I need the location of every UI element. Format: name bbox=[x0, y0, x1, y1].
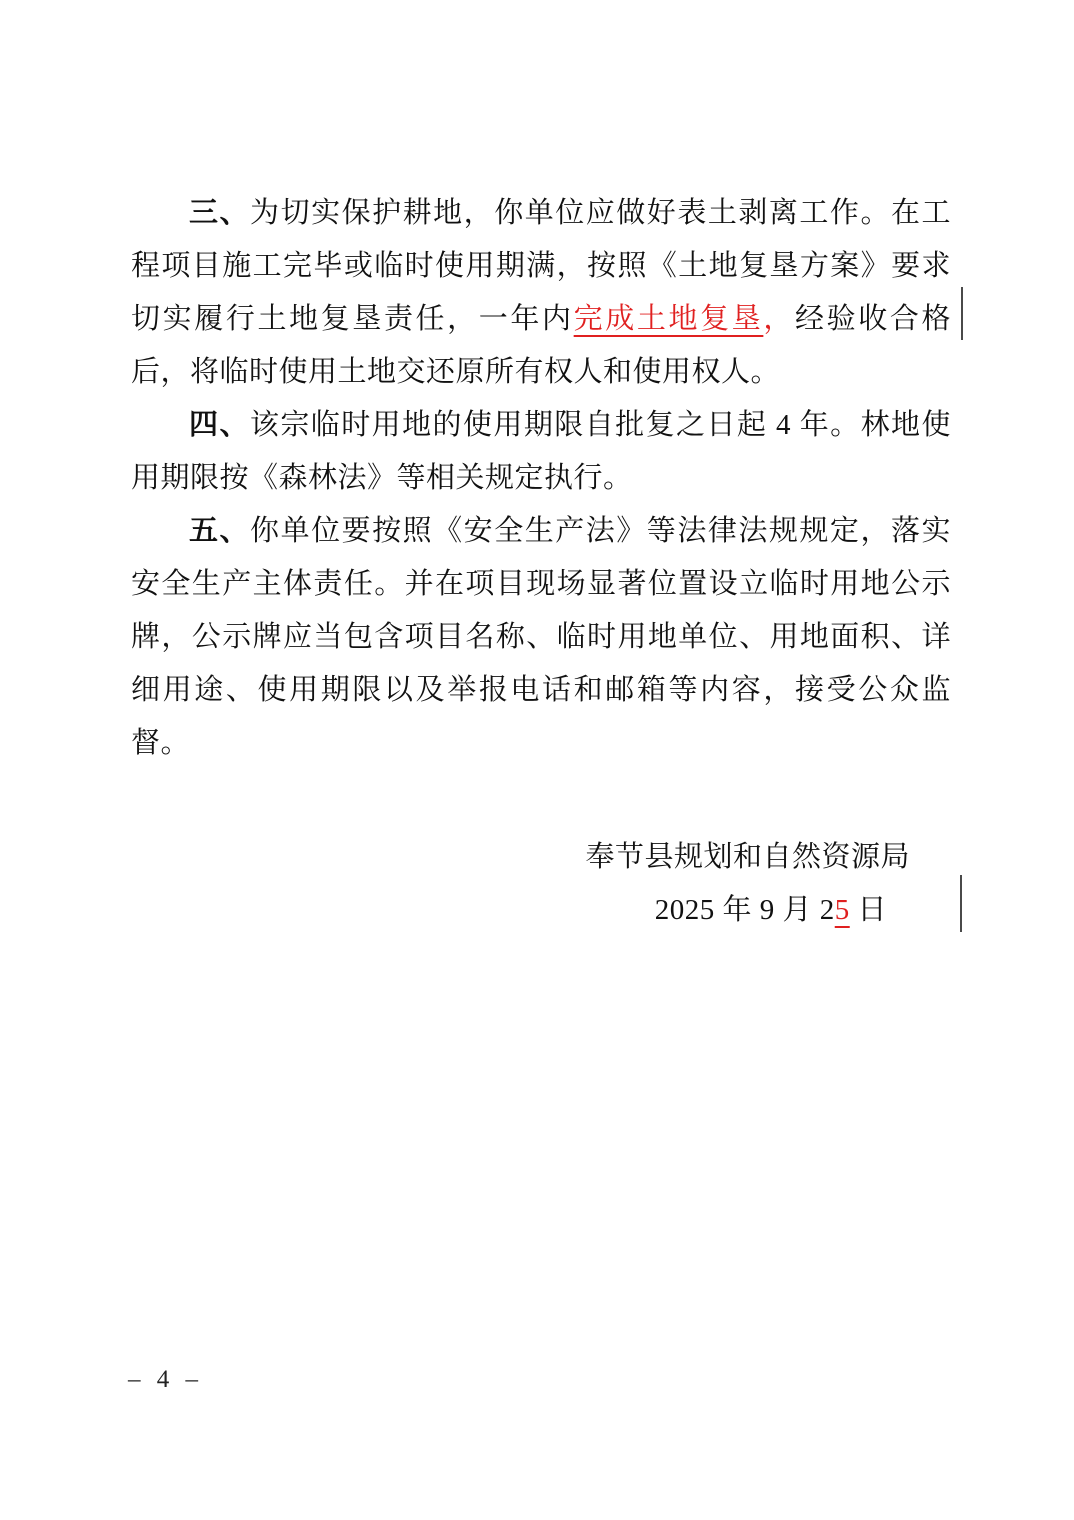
signing-date-suffix: 日 bbox=[850, 894, 887, 926]
paragraph-four: 四、该宗临时用地的使用期限自批复之日起 4 年。林地使用期限按《森林法》等相关规… bbox=[131, 399, 951, 505]
revision-change-bar-date bbox=[960, 875, 962, 932]
paragraph-four-number: 四、 bbox=[189, 409, 250, 441]
paragraph-three-inserted-text: 完成土地复垦 bbox=[574, 303, 764, 335]
signing-date: 2025 年 9 月 25 日 bbox=[0, 884, 1074, 937]
revision-change-bar-paragraph-three bbox=[961, 287, 963, 340]
paragraph-three-number: 三、 bbox=[189, 197, 250, 229]
paragraph-three: 三、为切实保护耕地，你单位应做好表土剥离工作。在工程项目施工完毕或临时使用期满，… bbox=[131, 187, 951, 399]
paragraph-five: 五、你单位要按照《安全生产法》等法律法规规定，落实安全生产主体责任。并在项目现场… bbox=[131, 505, 951, 770]
page-number: – 4 – bbox=[128, 1366, 203, 1394]
signing-date-inserted-digit: 5 bbox=[835, 894, 850, 926]
signature-block: 奉节县规划和自然资源局 2025 年 9 月 25 日 bbox=[0, 831, 1074, 937]
document-body: 三、为切实保护耕地，你单位应做好表土剥离工作。在工程项目施工完毕或临时使用期满，… bbox=[131, 187, 951, 770]
paragraph-five-number: 五、 bbox=[189, 515, 250, 547]
signing-organization: 奉节县规划和自然资源局 bbox=[0, 831, 1074, 884]
document-page: 三、为切实保护耕地，你单位应做好表土剥离工作。在工程项目施工完毕或临时使用期满，… bbox=[0, 0, 1074, 1520]
paragraph-four-text: 该宗临时用地的使用期限自批复之日起 4 年。林地使用期限按《森林法》等相关规定执… bbox=[131, 409, 951, 494]
paragraph-three-inserted-comma: ， bbox=[763, 303, 795, 335]
signing-date-prefix: 2025 年 9 月 2 bbox=[655, 894, 835, 926]
paragraph-five-text: 你单位要按照《安全生产法》等法律法规规定，落实安全生产主体责任。并在项目现场显著… bbox=[131, 515, 951, 759]
